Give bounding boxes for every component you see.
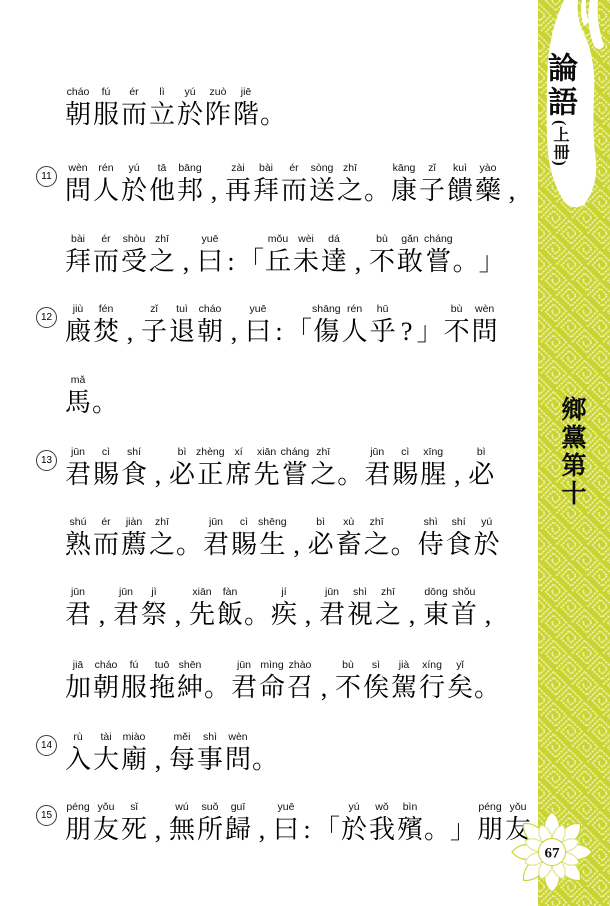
pinyin: yú bbox=[348, 801, 359, 814]
ruby-cell: shí食 bbox=[445, 516, 473, 560]
hanzi: , bbox=[321, 672, 328, 703]
hanzi: 乎 bbox=[370, 316, 396, 347]
pinyin: suǒ bbox=[202, 801, 219, 814]
ruby-cell: kuì饋 bbox=[446, 162, 474, 206]
pinyin: sǐ bbox=[130, 801, 138, 814]
pinyin: jūn bbox=[71, 446, 85, 459]
ruby-cell: bù不 bbox=[334, 659, 362, 703]
pinyin: yú bbox=[184, 86, 195, 99]
hanzi: , bbox=[183, 246, 190, 277]
hanzi: 達 bbox=[321, 246, 347, 277]
pinyin: jià bbox=[399, 659, 410, 672]
pinyin: zǐ bbox=[428, 162, 436, 175]
hanzi: 俟 bbox=[363, 672, 389, 703]
pinyin: mǎ bbox=[71, 374, 86, 387]
hanzi: 祭 bbox=[141, 599, 167, 630]
pinyin: shāng bbox=[312, 303, 341, 316]
hanzi: 召 bbox=[287, 672, 313, 703]
ruby-cell: cì賜 bbox=[92, 446, 120, 490]
hanzi: 熟 bbox=[65, 529, 91, 560]
ruby-cell: , bbox=[252, 801, 272, 845]
text-row: bài拜ér而shòu受zhī之,yuē曰:「mǒu丘wèi未dá達,bù不gǎ… bbox=[64, 233, 505, 277]
ruby-cell: rén人 bbox=[92, 162, 120, 206]
ruby-cell: ér而 bbox=[92, 516, 120, 560]
ruby-cell: yú於 bbox=[120, 162, 148, 206]
hanzi: 拜 bbox=[253, 175, 279, 206]
pinyin: fàn bbox=[223, 586, 238, 599]
hanzi: , bbox=[293, 529, 300, 560]
hanzi: , bbox=[155, 814, 162, 845]
hanzi: 曰 bbox=[273, 814, 299, 845]
pinyin: wèn bbox=[68, 162, 87, 175]
hanzi: 於 bbox=[177, 99, 203, 130]
ruby-cell: zuò阼 bbox=[204, 86, 232, 130]
hanzi: 問 bbox=[472, 316, 498, 347]
pinyin: cì bbox=[102, 446, 110, 459]
ruby-cell: , bbox=[204, 162, 224, 206]
hanzi: 階 bbox=[233, 99, 259, 130]
hanzi: 拖 bbox=[149, 672, 175, 703]
ruby-cell: xí席 bbox=[225, 446, 253, 490]
page-number: 67 bbox=[545, 846, 561, 862]
pinyin: cháng bbox=[424, 233, 453, 246]
pinyin: guī bbox=[231, 801, 246, 814]
hanzi: 行 bbox=[419, 672, 445, 703]
hanzi: 服 bbox=[93, 99, 119, 130]
hanzi: 食 bbox=[446, 529, 472, 560]
lotus-icon: 67 bbox=[512, 812, 592, 892]
item-number-badge: 15 bbox=[36, 805, 57, 826]
pinyin: rén bbox=[98, 162, 113, 175]
pinyin: dōng bbox=[424, 586, 447, 599]
pinyin: mìng bbox=[260, 659, 283, 672]
hanzi: 先 bbox=[254, 459, 280, 490]
ruby-cell: bì必 bbox=[307, 516, 335, 560]
hanzi: 必 bbox=[468, 459, 494, 490]
hanzi: 每 bbox=[169, 744, 195, 775]
ruby-cell: sòng送 bbox=[308, 162, 336, 206]
text-row: jiā加cháo朝fú服tuō拖shēn紳。jūn君mìng命zhào召,bù不… bbox=[64, 659, 500, 703]
ruby-cell: yuē曰 bbox=[196, 233, 224, 277]
hanzi: 疾 bbox=[271, 599, 297, 630]
ruby-cell: jì祭 bbox=[140, 586, 168, 630]
pinyin: xiān bbox=[192, 586, 211, 599]
ruby-cell: tuì退 bbox=[168, 303, 196, 347]
ruby-cell: cháo朝 bbox=[196, 303, 224, 347]
pinyin: ér bbox=[101, 516, 110, 529]
pinyin: yuē bbox=[278, 801, 295, 814]
pinyin: hū bbox=[377, 303, 389, 316]
pinyin: shí bbox=[127, 446, 141, 459]
pinyin: xīng bbox=[423, 446, 443, 459]
hanzi: 君 bbox=[319, 599, 345, 630]
pinyin: sì bbox=[372, 659, 380, 672]
hanzi: 人 bbox=[93, 175, 119, 206]
ruby-cell: fú服 bbox=[120, 659, 148, 703]
hanzi: 子 bbox=[141, 316, 167, 347]
pinyin: shì bbox=[353, 586, 367, 599]
hanzi: 駕 bbox=[391, 672, 417, 703]
hanzi: 君 bbox=[113, 599, 139, 630]
hanzi: 康 bbox=[391, 175, 417, 206]
ruby-cell: , bbox=[148, 801, 168, 845]
hanzi: 問 bbox=[225, 744, 251, 775]
pinyin: jūn bbox=[237, 659, 251, 672]
ruby-cell: cháng嘗 bbox=[281, 446, 310, 490]
hanzi: 饋 bbox=[447, 175, 473, 206]
hanzi: , bbox=[211, 175, 218, 206]
ruby-cell: wǒ我 bbox=[368, 801, 396, 845]
pinyin: cháo bbox=[95, 659, 118, 672]
ruby-cell: 。 bbox=[391, 516, 417, 560]
hanzi: 藥 bbox=[475, 175, 501, 206]
ruby-cell: yào藥 bbox=[474, 162, 502, 206]
ruby-cell: cì賜 bbox=[391, 446, 419, 490]
text-row: 11wèn問rén人yú於tā他bāng邦,zài再bài拜ér而sòng送zh… bbox=[64, 162, 522, 206]
text-row: 12jiù廄fén焚,zǐ子tuì退cháo朝,yuē曰:「shāng傷rén人… bbox=[64, 303, 499, 347]
hanzi: 馬 bbox=[65, 387, 91, 418]
hanzi: 之 bbox=[149, 529, 175, 560]
ruby-cell: zài再 bbox=[224, 162, 252, 206]
ruby-cell: , bbox=[287, 516, 307, 560]
text-row: jūn君,jūn君jì祭,xiān先fàn飯。jí疾,jūn君shì視zhī之,… bbox=[64, 586, 498, 630]
ruby-cell: 「 bbox=[314, 801, 340, 845]
text-row: 15péng朋yǒu友sǐ死,wú無suǒ所guī歸,yuē曰:「yú於wǒ我b… bbox=[64, 801, 532, 845]
ruby-cell: 。 bbox=[92, 374, 118, 418]
hanzi: 朋 bbox=[65, 814, 91, 845]
ruby-cell: jiē階 bbox=[232, 86, 260, 130]
pinyin: shòu bbox=[123, 233, 146, 246]
ruby-cell: shòu受 bbox=[120, 233, 148, 277]
pinyin: bì bbox=[477, 446, 486, 459]
ruby-cell: zǐ子 bbox=[418, 162, 446, 206]
ruby-cell: bài拜 bbox=[252, 162, 280, 206]
chapter-label: 鄉黨第十 bbox=[553, 396, 589, 508]
ruby-cell: mìng命 bbox=[258, 659, 286, 703]
pinyin: lì bbox=[159, 86, 164, 99]
hanzi: 席 bbox=[226, 459, 252, 490]
ruby-cell: , bbox=[148, 731, 168, 775]
hanzi: 不 bbox=[335, 672, 361, 703]
book-title: 論語(上冊) bbox=[545, 52, 581, 167]
ruby-cell: xíng行 bbox=[418, 659, 446, 703]
hanzi: 嘗 bbox=[425, 246, 451, 277]
hanzi: 於 bbox=[121, 175, 147, 206]
pinyin: bìn bbox=[403, 801, 418, 814]
hanzi: 敢 bbox=[397, 246, 423, 277]
hanzi: 君 bbox=[364, 459, 390, 490]
hanzi: 東 bbox=[423, 599, 449, 630]
ruby-cell: cháng嘗 bbox=[424, 233, 453, 277]
ruby-cell: miào廟 bbox=[120, 731, 148, 775]
pinyin: mǒu bbox=[268, 233, 288, 246]
text-row: shú熟ér而jiàn薦zhī之。jūn君cì賜shēng生,bì必xù畜zhī… bbox=[64, 516, 501, 560]
hanzi: 賜 bbox=[231, 529, 257, 560]
ruby-cell: shì侍 bbox=[417, 516, 445, 560]
pinyin: zuò bbox=[210, 86, 227, 99]
ruby-cell: zhèng正 bbox=[196, 446, 225, 490]
hanzi: 君 bbox=[231, 672, 257, 703]
hanzi: 賜 bbox=[93, 459, 119, 490]
ruby-cell: jí疾 bbox=[270, 586, 298, 630]
ruby-cell: zǐ子 bbox=[140, 303, 168, 347]
ruby-cell: fàn飯 bbox=[216, 586, 244, 630]
text-row: cháo朝fú服ér而lì立yú於zuò阼jiē階。 bbox=[64, 86, 286, 130]
pinyin: yǒu bbox=[98, 801, 115, 814]
hanzi: , bbox=[155, 744, 162, 775]
ruby-cell: cì賜 bbox=[230, 516, 258, 560]
ruby-cell: jūn君 bbox=[64, 446, 92, 490]
hanzi: 。 bbox=[364, 175, 390, 206]
pinyin: zhī bbox=[155, 233, 169, 246]
hanzi: 曰 bbox=[245, 316, 271, 347]
pinyin: wú bbox=[175, 801, 188, 814]
hanzi: , bbox=[454, 459, 461, 490]
pinyin: zài bbox=[231, 162, 244, 175]
pinyin: cháng bbox=[281, 446, 310, 459]
ruby-cell: dōng東 bbox=[422, 586, 450, 630]
pinyin: xù bbox=[343, 516, 354, 529]
pinyin: ér bbox=[101, 233, 110, 246]
book-title-sub: (上冊) bbox=[551, 120, 568, 167]
ruby-cell: 」 bbox=[450, 801, 476, 845]
ruby-cell: kāng康 bbox=[390, 162, 418, 206]
pinyin: wǒ bbox=[375, 801, 388, 814]
pinyin: zhī bbox=[316, 446, 330, 459]
pinyin: fú bbox=[102, 86, 111, 99]
pinyin: jūn bbox=[209, 516, 223, 529]
ruby-cell: 。 bbox=[204, 659, 230, 703]
ruby-cell: tā他 bbox=[148, 162, 176, 206]
item-number-badge: 11 bbox=[36, 166, 57, 187]
hanzi: 賜 bbox=[392, 459, 418, 490]
ruby-cell: , bbox=[402, 586, 422, 630]
hanzi: 命 bbox=[259, 672, 285, 703]
pinyin: bì bbox=[316, 516, 325, 529]
hanzi: 之 bbox=[375, 599, 401, 630]
ruby-cell: bài拜 bbox=[64, 233, 92, 277]
ruby-cell: wèn問 bbox=[471, 303, 499, 347]
hanzi: 必 bbox=[308, 529, 334, 560]
pinyin: bài bbox=[259, 162, 273, 175]
ruby-cell: mǒu丘 bbox=[264, 233, 292, 277]
pinyin: cì bbox=[240, 516, 248, 529]
pinyin: yú bbox=[481, 516, 492, 529]
hanzi: 子 bbox=[419, 175, 445, 206]
ruby-cell: xù畜 bbox=[335, 516, 363, 560]
hanzi: 生 bbox=[259, 529, 285, 560]
hanzi: , bbox=[409, 599, 416, 630]
hanzi: : bbox=[227, 246, 234, 277]
hanzi: 焚 bbox=[93, 316, 119, 347]
hanzi: 嘗 bbox=[282, 459, 308, 490]
ruby-cell: péng朋 bbox=[476, 801, 504, 845]
pinyin: dá bbox=[328, 233, 340, 246]
hanzi: , bbox=[155, 459, 162, 490]
hanzi: 他 bbox=[149, 175, 175, 206]
hanzi: 。 bbox=[424, 814, 450, 845]
ruby-cell: 。 bbox=[176, 516, 202, 560]
hanzi: 歸 bbox=[225, 814, 251, 845]
ruby-cell: yuē曰 bbox=[272, 801, 300, 845]
ruby-cell: xiān先 bbox=[188, 586, 216, 630]
hanzi: 服 bbox=[121, 672, 147, 703]
hanzi: 。 bbox=[391, 529, 417, 560]
hanzi: 而 bbox=[281, 175, 307, 206]
ruby-cell: mǎ馬 bbox=[64, 374, 92, 418]
ruby-cell: yú於 bbox=[340, 801, 368, 845]
ruby-cell: 。 bbox=[260, 86, 286, 130]
pinyin: jūn bbox=[119, 586, 133, 599]
ruby-cell: shēng生 bbox=[258, 516, 287, 560]
pinyin: bù bbox=[451, 303, 463, 316]
ruby-cell: ér而 bbox=[280, 162, 308, 206]
ruby-cell: , bbox=[447, 446, 467, 490]
hanzi: 退 bbox=[169, 316, 195, 347]
book-title-main: 論語 bbox=[543, 52, 576, 120]
ruby-cell: guī歸 bbox=[224, 801, 252, 845]
ruby-cell: 。 bbox=[244, 586, 270, 630]
pinyin: péng bbox=[478, 801, 501, 814]
ruby-cell: , bbox=[478, 586, 498, 630]
hanzi: 。 bbox=[252, 744, 278, 775]
ruby-cell: zhī之 bbox=[148, 516, 176, 560]
ruby-cell: , bbox=[168, 586, 188, 630]
ruby-cell: jūn君 bbox=[363, 446, 391, 490]
ruby-cell: shí食 bbox=[120, 446, 148, 490]
hanzi: 廟 bbox=[121, 744, 147, 775]
pinyin: shú bbox=[70, 516, 87, 529]
pinyin: wèn bbox=[475, 303, 494, 316]
ruby-cell: bāng邦 bbox=[176, 162, 204, 206]
hanzi: 畜 bbox=[336, 529, 362, 560]
hanzi: 立 bbox=[149, 99, 175, 130]
pinyin: bài bbox=[71, 233, 85, 246]
hanzi: 「 bbox=[238, 246, 264, 277]
hanzi: 視 bbox=[347, 599, 373, 630]
ruby-cell: yǐ矣 bbox=[446, 659, 474, 703]
hanzi: , bbox=[485, 599, 492, 630]
hanzi: 丘 bbox=[265, 246, 291, 277]
ruby-cell: wèi未 bbox=[292, 233, 320, 277]
ruby-cell: ér而 bbox=[120, 86, 148, 130]
ruby-cell: jūn君 bbox=[202, 516, 230, 560]
pinyin: rù bbox=[73, 731, 82, 744]
ruby-cell: yú於 bbox=[473, 516, 501, 560]
hanzi: 朋 bbox=[477, 814, 503, 845]
hanzi: 加 bbox=[65, 672, 91, 703]
ruby-cell: bù不 bbox=[368, 233, 396, 277]
ruby-cell: 。 bbox=[474, 659, 500, 703]
ruby-cell: zhī之 bbox=[309, 446, 337, 490]
ruby-cell: 。 bbox=[424, 801, 450, 845]
hanzi: 薦 bbox=[121, 529, 147, 560]
pinyin: shì bbox=[424, 516, 438, 529]
item-number-badge: 13 bbox=[36, 450, 57, 471]
ruby-cell: wèn問 bbox=[64, 162, 92, 206]
ruby-cell: gǎn敢 bbox=[396, 233, 424, 277]
ruby-cell: , bbox=[314, 659, 334, 703]
pinyin: jūn bbox=[325, 586, 339, 599]
hanzi: 之 bbox=[310, 459, 336, 490]
hanzi: 而 bbox=[121, 99, 147, 130]
ruby-cell: 」 bbox=[417, 303, 443, 347]
pinyin: zhào bbox=[289, 659, 312, 672]
pinyin: yǐ bbox=[456, 659, 464, 672]
pinyin: zǐ bbox=[150, 303, 158, 316]
pinyin: shēng bbox=[258, 516, 287, 529]
hanzi: , bbox=[509, 175, 516, 206]
hanzi: , bbox=[231, 316, 238, 347]
ruby-cell: , bbox=[502, 162, 522, 206]
hanzi: 「 bbox=[286, 316, 312, 347]
hanzi: 邦 bbox=[177, 175, 203, 206]
pinyin: yú bbox=[128, 162, 139, 175]
pinyin: zhèng bbox=[196, 446, 225, 459]
ruby-cell: , bbox=[148, 446, 168, 490]
ruby-cell: dá達 bbox=[320, 233, 348, 277]
pinyin: shǒu bbox=[453, 586, 476, 599]
ruby-cell: zhī之 bbox=[148, 233, 176, 277]
hanzi: 紳 bbox=[177, 672, 203, 703]
hanzi: 廄 bbox=[65, 316, 91, 347]
ruby-cell: ? bbox=[397, 303, 417, 347]
hanzi: 之 bbox=[149, 246, 175, 277]
ruby-cell: xīng腥 bbox=[419, 446, 447, 490]
pinyin: wèn bbox=[228, 731, 247, 744]
text-row: mǎ馬。 bbox=[64, 374, 118, 418]
item-number-badge: 14 bbox=[36, 735, 57, 756]
ruby-cell: lì立 bbox=[148, 86, 176, 130]
hanzi: 友 bbox=[93, 814, 119, 845]
hanzi: 」 bbox=[479, 246, 505, 277]
hanzi: 傷 bbox=[313, 316, 339, 347]
ruby-cell: jiù廄 bbox=[64, 303, 92, 347]
hanzi: 拜 bbox=[65, 246, 91, 277]
pinyin: bù bbox=[376, 233, 388, 246]
pinyin: měi bbox=[174, 731, 191, 744]
hanzi: 我 bbox=[369, 814, 395, 845]
ruby-cell: , bbox=[92, 586, 112, 630]
ruby-cell: : bbox=[272, 303, 286, 347]
pinyin: shēn bbox=[179, 659, 202, 672]
hanzi: 之 bbox=[337, 175, 363, 206]
pinyin: rén bbox=[347, 303, 362, 316]
pinyin: yuē bbox=[250, 303, 267, 316]
pinyin: yào bbox=[480, 162, 497, 175]
ruby-cell: 「 bbox=[238, 233, 264, 277]
ruby-cell: : bbox=[300, 801, 314, 845]
pinyin: shì bbox=[203, 731, 217, 744]
pinyin: tài bbox=[100, 731, 111, 744]
hanzi: 。 bbox=[176, 529, 202, 560]
ruby-cell: jià駕 bbox=[390, 659, 418, 703]
ruby-cell: 。 bbox=[252, 731, 278, 775]
ruby-cell: : bbox=[224, 233, 238, 277]
ruby-cell: jūn君 bbox=[230, 659, 258, 703]
pinyin: cì bbox=[401, 446, 409, 459]
hanzi: 死 bbox=[121, 814, 147, 845]
ruby-cell: jūn君 bbox=[112, 586, 140, 630]
ruby-cell: cháo朝 bbox=[92, 659, 120, 703]
hanzi: 矣 bbox=[447, 672, 473, 703]
pinyin: yuē bbox=[202, 233, 219, 246]
ruby-cell: 。 bbox=[337, 446, 363, 490]
hanzi: 送 bbox=[309, 175, 335, 206]
hanzi: 首 bbox=[451, 599, 477, 630]
hanzi: 君 bbox=[65, 459, 91, 490]
ruby-cell: , bbox=[176, 233, 196, 277]
